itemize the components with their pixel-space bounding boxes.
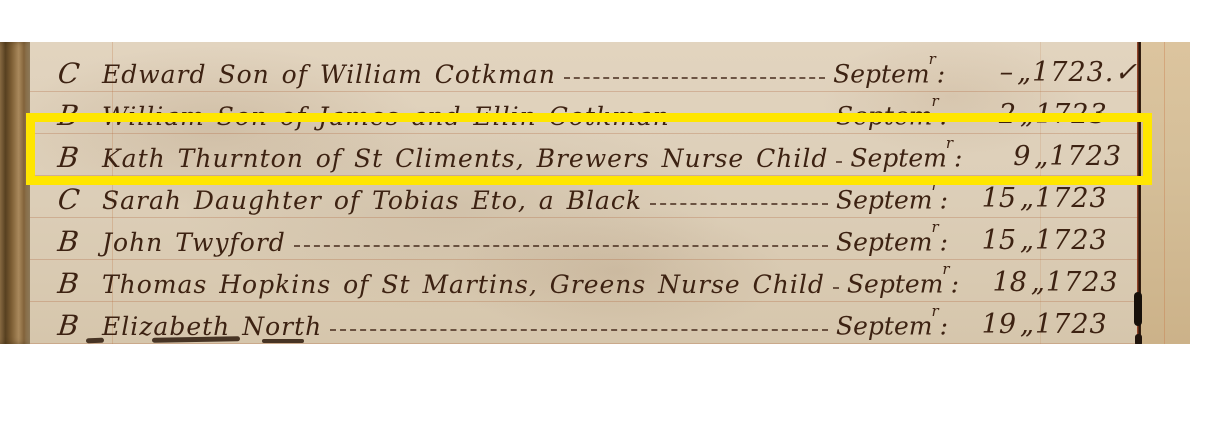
margin-rule [1164, 42, 1165, 344]
dotted-leader [650, 203, 828, 205]
month-colon: : [940, 185, 948, 214]
register-scan-image: C Edward Son of William Cotkman Septemr:… [0, 42, 1190, 344]
entry-day: 15 [964, 183, 1020, 214]
month-abbreviation: Septem [836, 185, 932, 214]
register-row: C Edward Son of William Cotkman Septemr:… [0, 50, 1190, 92]
partial-next-row-ink [262, 339, 304, 343]
month-superscript: r [942, 260, 949, 278]
month-abbreviation: Septem [847, 269, 943, 298]
entry-year: „1723.✓ [1017, 57, 1138, 88]
dotted-leader [564, 77, 825, 79]
entry-month: Septemr: [833, 59, 961, 88]
entry-text: Edward Son of William Cotkman [102, 62, 556, 88]
entry-type-mark: B [57, 228, 104, 256]
entry-month: Septemr: [847, 269, 975, 298]
entry-text: Thomas Hopkins of St Martins, Greens Nur… [102, 272, 825, 298]
rows-container: C Edward Son of William Cotkman Septemr:… [0, 42, 1190, 344]
month-superscript: r [931, 302, 938, 320]
entry-text: John Twyford [102, 230, 286, 256]
month-colon: : [951, 269, 959, 298]
entry-day: 18 [975, 267, 1031, 298]
highlight-annotation-box [26, 113, 1152, 185]
dotted-leader [833, 287, 839, 289]
month-abbreviation: Septem [836, 311, 932, 340]
register-row: B Thomas Hopkins of St Martins, Greens N… [0, 260, 1190, 302]
book-binding-gutter [0, 42, 30, 344]
entry-type-mark: C [57, 60, 104, 88]
register-row: B John Twyford Septemr: 15 „1723 [0, 218, 1190, 260]
adjacent-page-margin [1141, 42, 1190, 344]
month-superscript: r [929, 50, 936, 68]
page-edge-ink-blot [1135, 334, 1142, 344]
entry-year: „1723 [1020, 225, 1138, 256]
entry-text: Sarah Daughter of Tobias Eto, a Black [102, 188, 642, 214]
entry-year: „1723 [1020, 309, 1138, 340]
month-superscript: r [931, 92, 938, 110]
entry-month: Septemr: [836, 227, 964, 256]
entry-type-mark: B [57, 312, 104, 340]
entry-type-mark: B [57, 270, 104, 298]
entry-day: 15 [964, 225, 1020, 256]
entry-month: Septemr: [836, 311, 964, 340]
month-colon: : [937, 59, 945, 88]
dotted-leader [294, 245, 828, 247]
entry-year: „1723 [1020, 183, 1138, 214]
month-abbreviation: Septem [836, 227, 932, 256]
entry-year: „1723 [1031, 267, 1149, 298]
entry-day: – [961, 57, 1017, 88]
month-superscript: r [931, 218, 938, 236]
entry-type-mark: C [57, 186, 104, 214]
partial-next-row-ink [86, 338, 104, 344]
entry-day: 19 [964, 309, 1020, 340]
month-colon: : [940, 311, 948, 340]
screenshot-canvas: C Edward Son of William Cotkman Septemr:… [0, 0, 1214, 434]
month-abbreviation: Septem [833, 59, 929, 88]
month-colon: : [940, 227, 948, 256]
dotted-leader [330, 329, 828, 331]
page-edge-ink-blot [1134, 292, 1142, 326]
entry-month: Septemr: [836, 185, 964, 214]
